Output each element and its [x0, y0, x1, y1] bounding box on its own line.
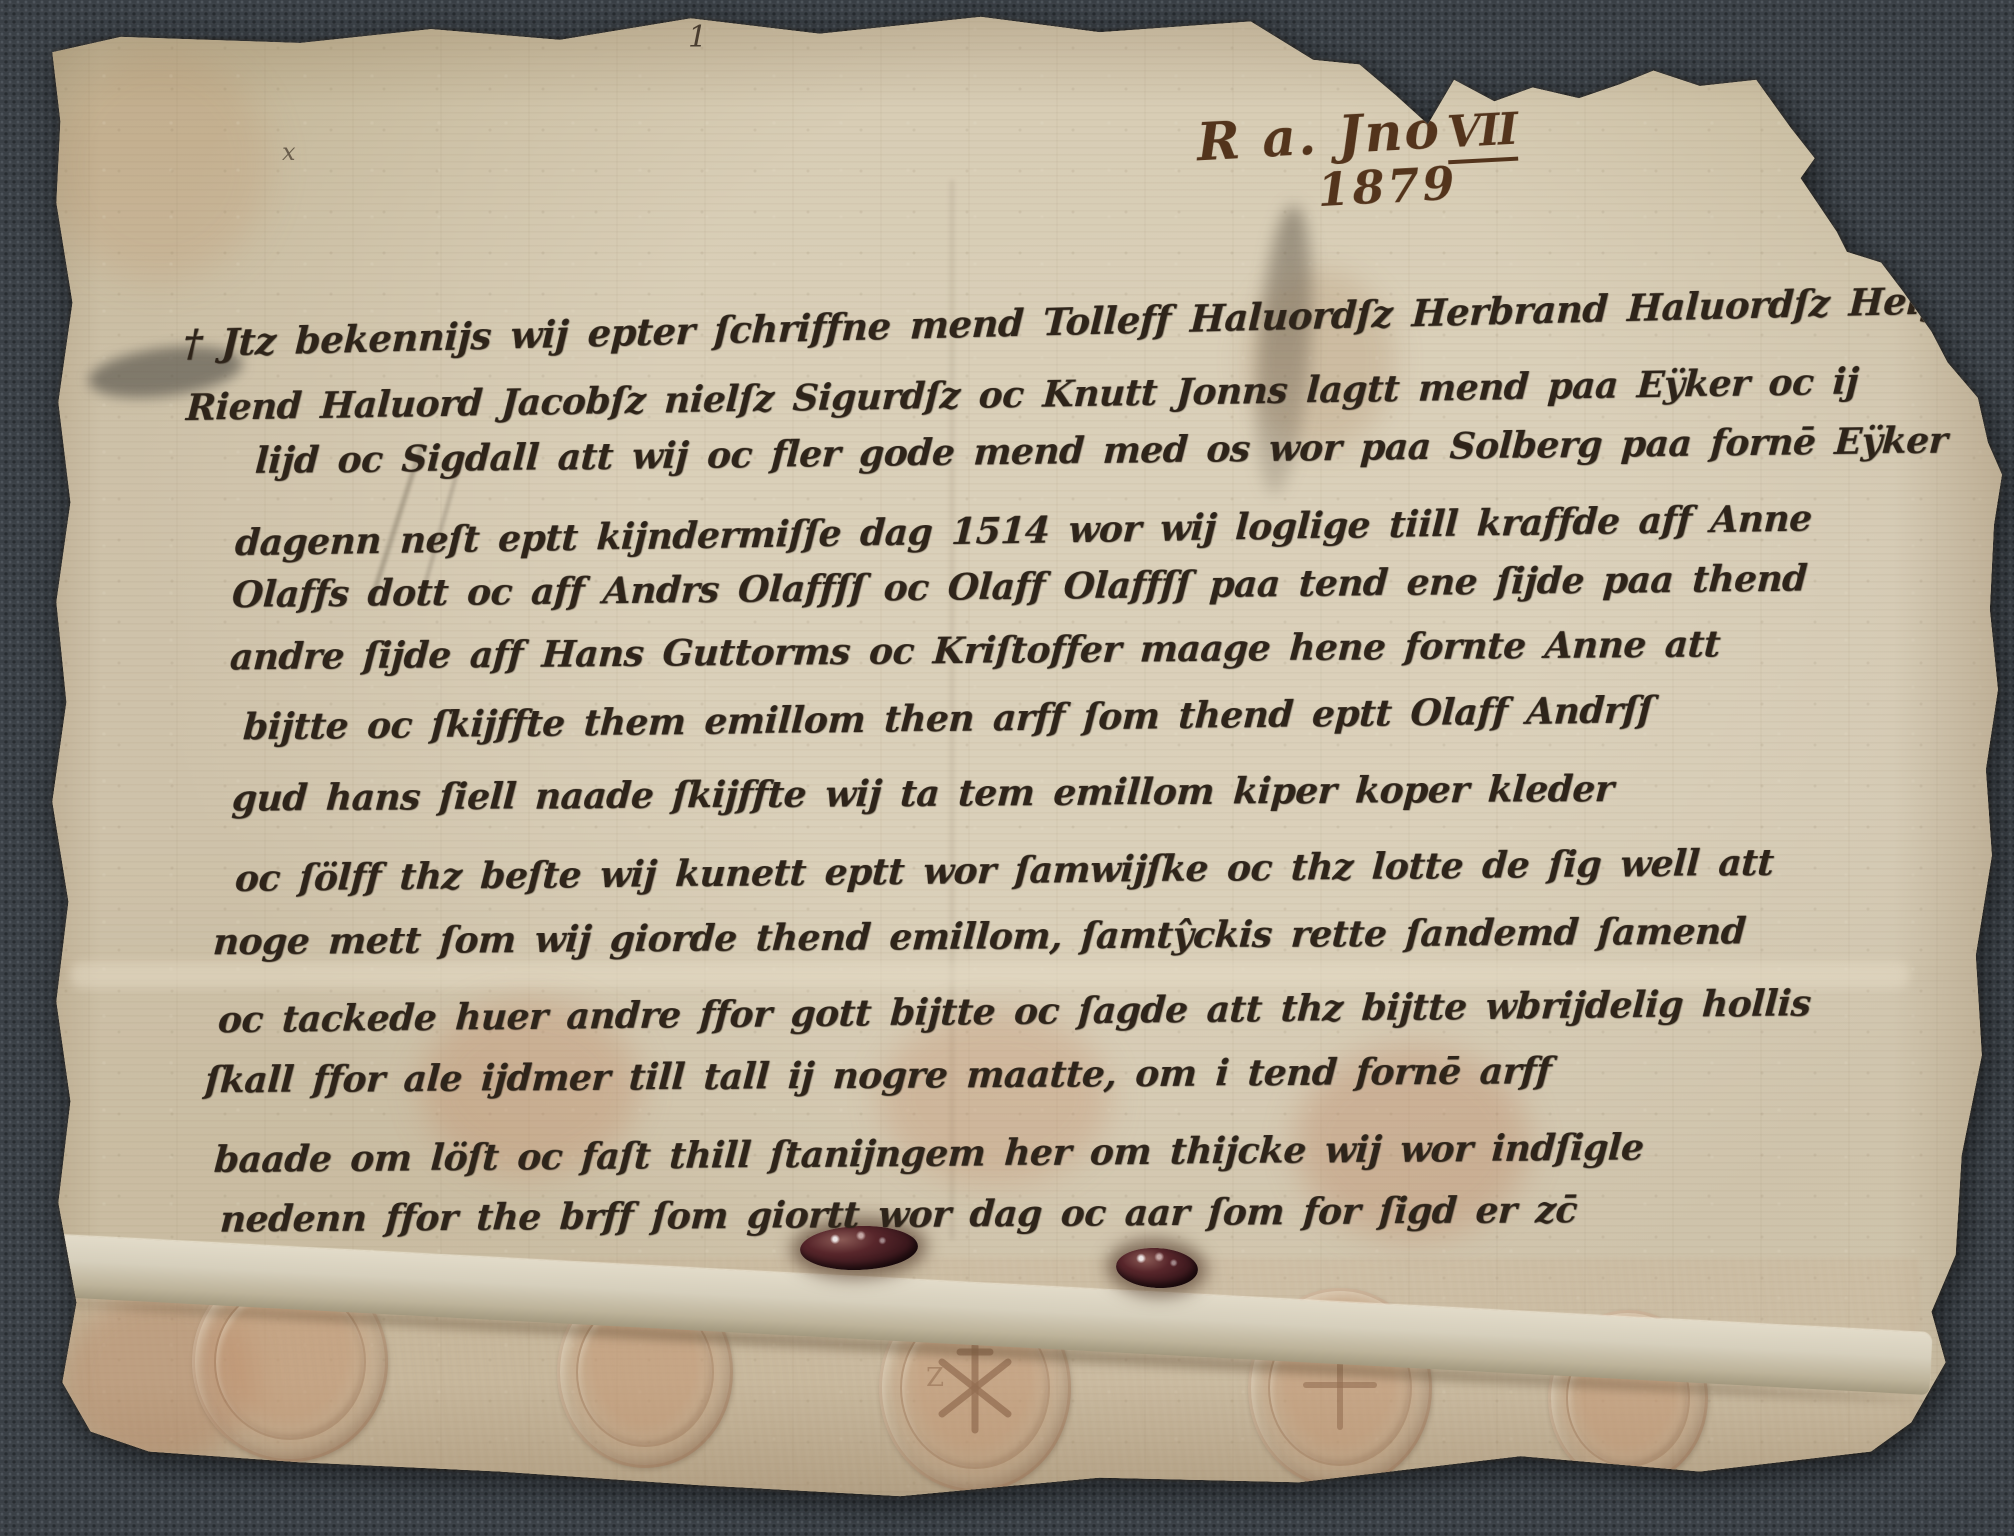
- stray-ink-mark-top-left: x: [282, 138, 296, 166]
- manuscript-line: ſkall ffor ale ijdmer till tall ij nogre…: [204, 1050, 1553, 1101]
- manuscript-line: baade om löſt oc faſt thill ſtanijngem h…: [213, 1127, 1645, 1181]
- stray-ink-mark-top-center: 1: [688, 20, 707, 55]
- manuscript-line: bijtte oc ſkijffte them emillom then arf…: [242, 689, 1654, 748]
- archival-note-numeral: VII: [1446, 104, 1518, 165]
- archival-note: R a. JnoVII 1879: [1195, 96, 1520, 224]
- parchment-wrapper: Z R a. JnoVII 18: [0, 0, 2014, 1536]
- manuscript-line: andre ſijde aff Hans Guttorms oc Kriſtof…: [229, 623, 1722, 678]
- archive-photo-backdrop: Z R a. JnoVII 18: [0, 0, 2014, 1536]
- manuscript-line: lijd oc Sigdall att wij oc fler gode men…: [254, 420, 1949, 483]
- svg-text:Z: Z: [926, 1363, 944, 1393]
- manuscript-line: oc tackede huer andre ffor gott bijtte o…: [217, 983, 1812, 1042]
- manuscript-line: gud hans ſiell naade ſkijffte wij ta tem…: [231, 768, 1615, 820]
- manuscript-line: oc ſölff thz beſte wij kunett eptt wor ſ…: [234, 842, 1775, 900]
- manuscript-line: Olaffs dott oc aff Andrs Olaffſſ oc Olaf…: [231, 558, 1808, 617]
- manuscript-line: noge mett ſom wij giorde thend emillom, …: [212, 911, 1747, 964]
- manuscript-line: † Jtz bekennijs wij epter ſchriffne mend…: [182, 275, 2014, 366]
- archival-note-year: 1879: [1316, 153, 1520, 217]
- parchment-document: Z R a. JnoVII 18: [0, 0, 2014, 1536]
- manuscript-line: nedenn ffor the brff ſom giortt wor dag …: [219, 1189, 1579, 1240]
- stain-top-left-tinge: [50, 50, 270, 280]
- manuscript-line: dagenn neſt eptt kijndermiſſe dag 1514 w…: [234, 498, 1813, 565]
- manuscript-line: Riend Haluord Jacobſz nielſz Sigurdſz oc…: [185, 361, 1859, 429]
